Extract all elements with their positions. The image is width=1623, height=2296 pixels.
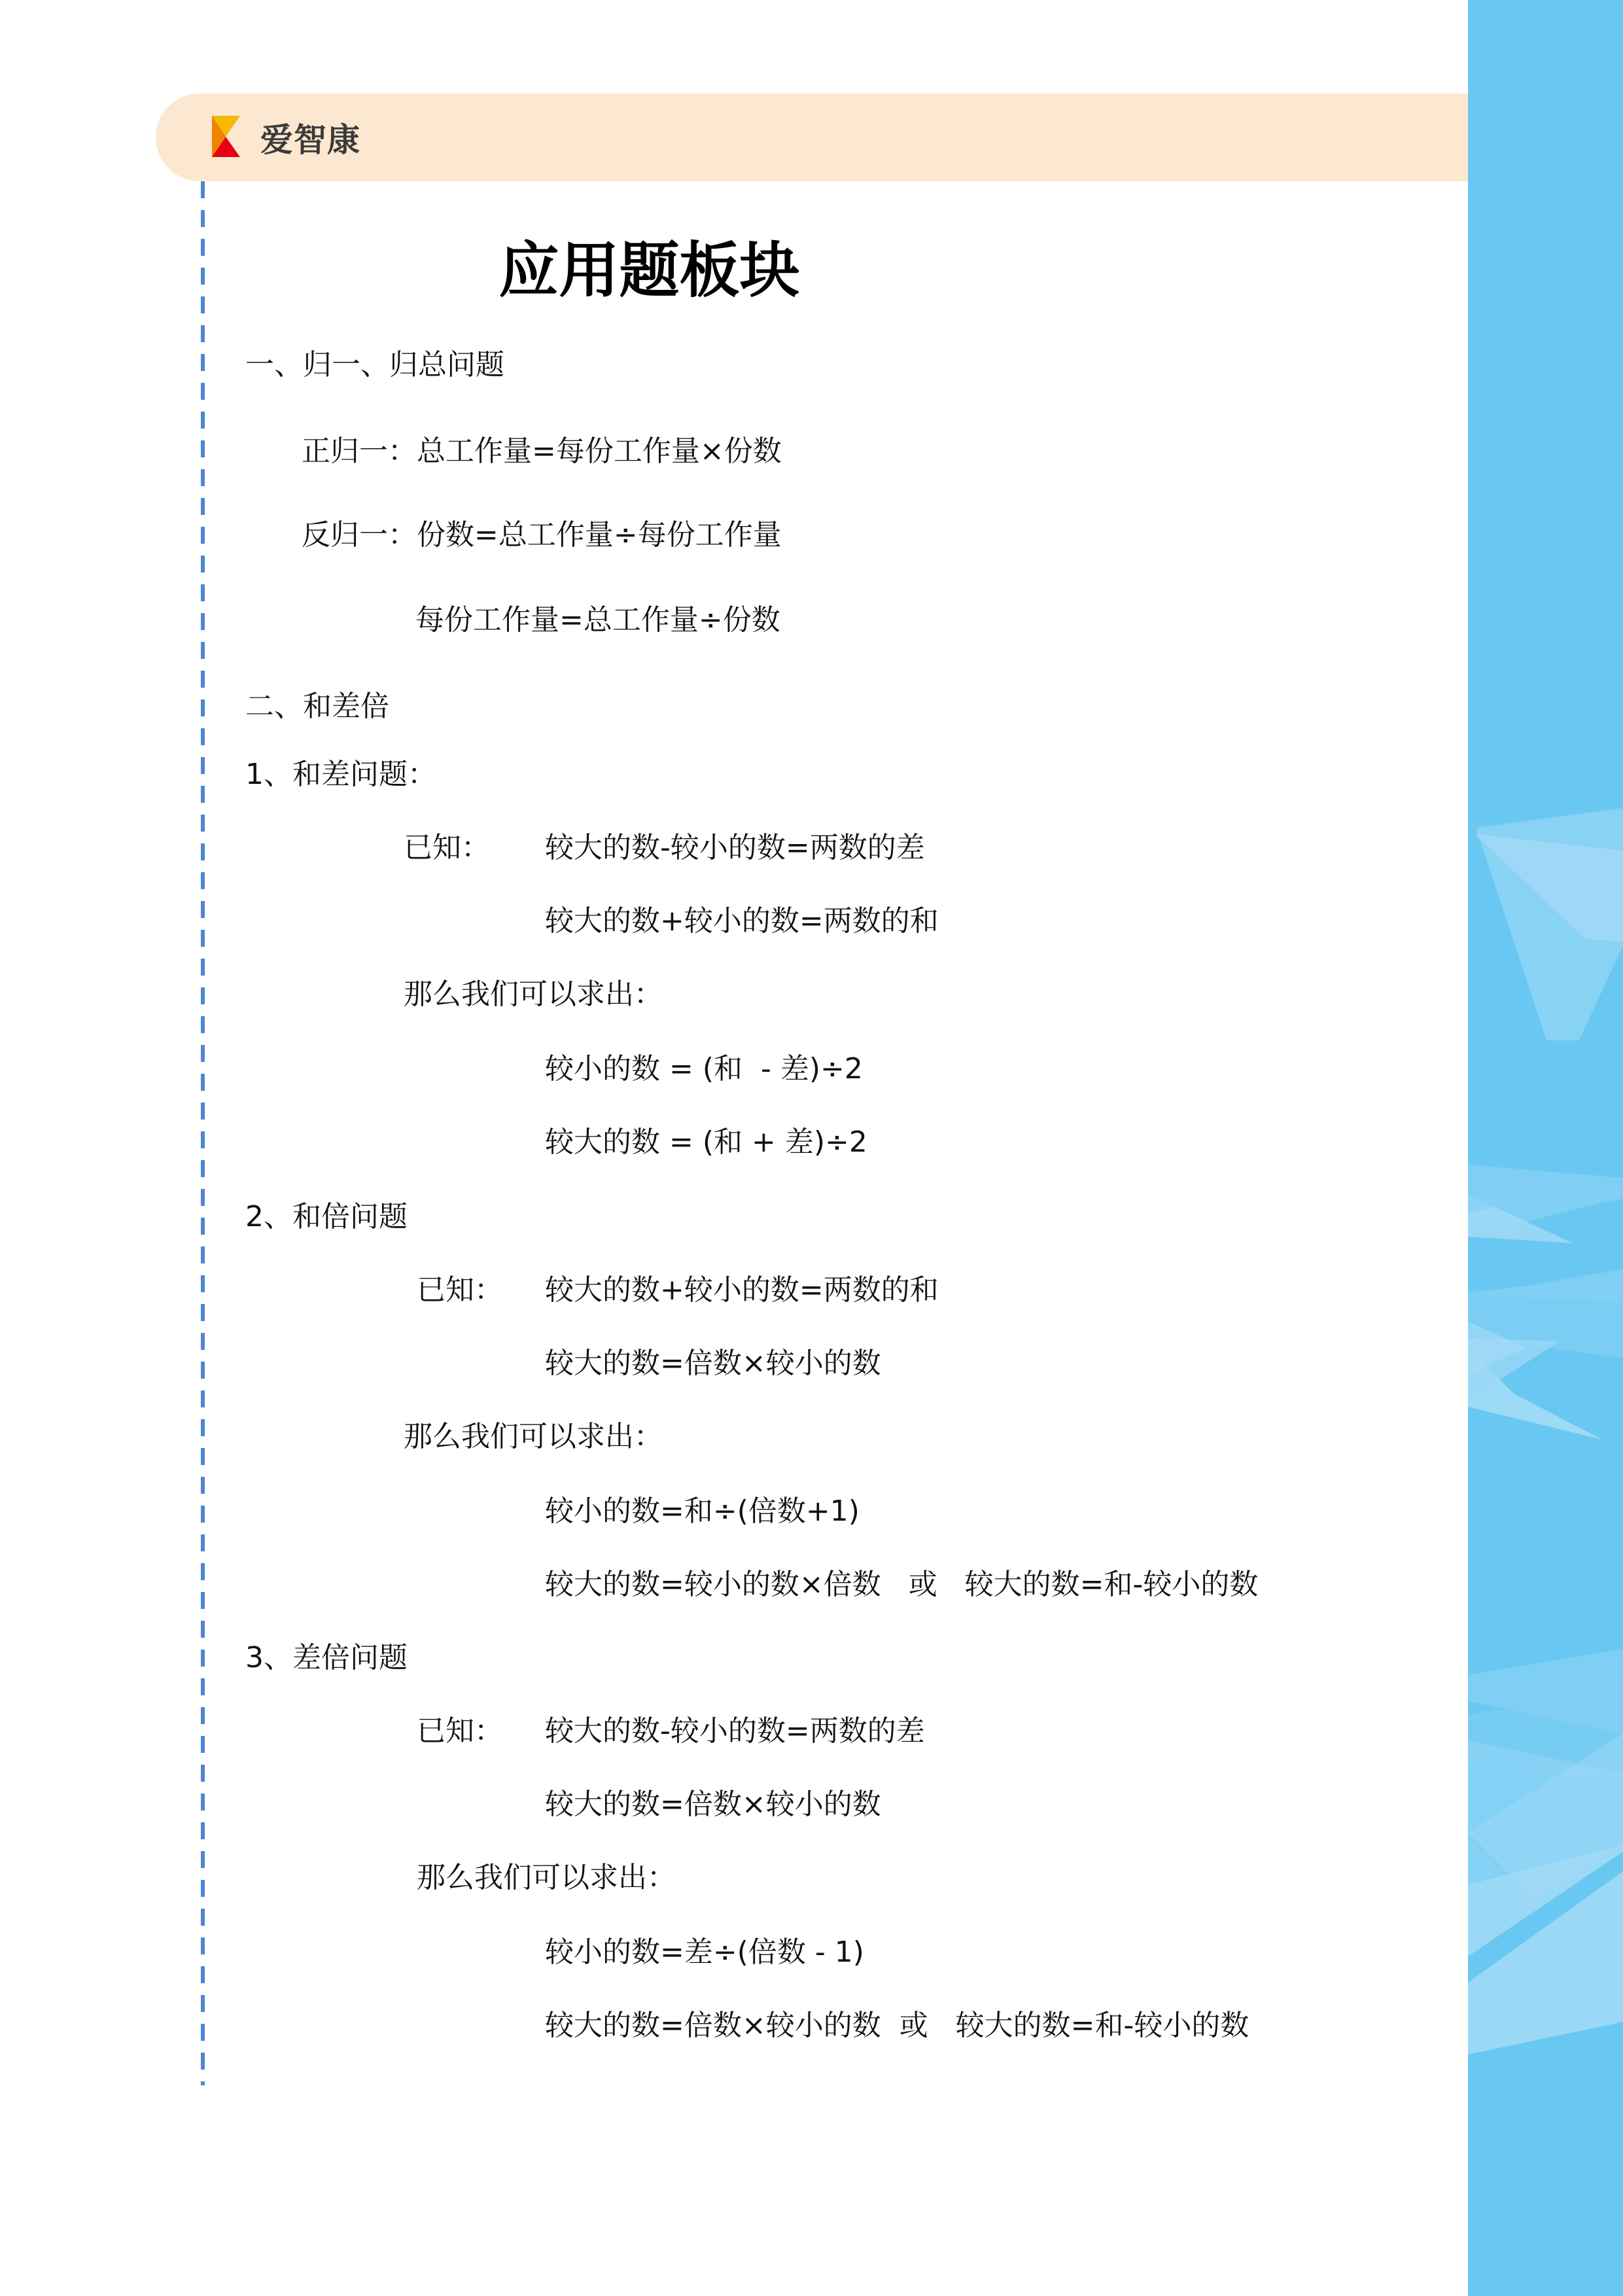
then-label: 那么我们可以求出： — [417, 1860, 676, 1896]
formula-line: 较大的数=倍数×较小的数 或 较大的数=和-较小的数 — [545, 2007, 1249, 2044]
formula-line: 较大的数 = (和 + 差)÷2 — [545, 1124, 867, 1161]
then-label: 那么我们可以求出： — [404, 976, 663, 1013]
brand-logo: 爱智康 — [212, 115, 360, 160]
formula-line: 较大的数=倍数×较小的数 — [545, 1345, 881, 1382]
formula-line: 较大的数-较小的数=两数的差 — [545, 830, 925, 866]
subsection-heading: 3、差倍问题 — [245, 1640, 408, 1676]
formula-line: 每份工作量=总工作量÷份数 — [415, 602, 780, 639]
known-label: 已知： — [404, 830, 490, 866]
formula-line: 较小的数 = (和 - 差)÷2 — [545, 1051, 863, 1087]
formula-line: 反归一：份数=总工作量÷每份工作量 — [302, 517, 782, 554]
page-title: 应用题板块 — [0, 222, 1461, 309]
known-label: 已知： — [417, 1272, 503, 1309]
known-label: 已知： — [417, 1713, 503, 1750]
formula-line: 较大的数=倍数×较小的数 — [545, 1786, 881, 1823]
dashed-margin-line — [201, 181, 205, 2085]
then-label: 那么我们可以求出： — [404, 1419, 663, 1455]
section-heading: 二、和差倍 — [245, 688, 389, 725]
geometric-pattern — [1468, 0, 1623, 2296]
logo-mark-icon — [212, 116, 253, 159]
subsection-heading: 1、和差问题： — [245, 756, 436, 793]
decorative-side-panel — [1468, 0, 1623, 2296]
formula-line: 较小的数=和÷(倍数+1) — [545, 1493, 860, 1530]
brand-name: 爱智康 — [260, 114, 360, 161]
subsection-heading: 2、和倍问题 — [245, 1199, 408, 1235]
formula-line: 正归一：总工作量=每份工作量×份数 — [302, 433, 782, 470]
formula-line: 较小的数=差÷(倍数 - 1) — [545, 1934, 864, 1971]
formula-line: 较大的数-较小的数=两数的差 — [545, 1713, 925, 1750]
formula-line: 较大的数+较小的数=两数的和 — [545, 1272, 939, 1309]
section-heading: 一、归一、归总问题 — [245, 347, 504, 383]
formula-line: 较大的数=较小的数×倍数 或 较大的数=和-较小的数 — [545, 1566, 1258, 1603]
formula-line: 较大的数+较小的数=两数的和 — [545, 903, 939, 940]
